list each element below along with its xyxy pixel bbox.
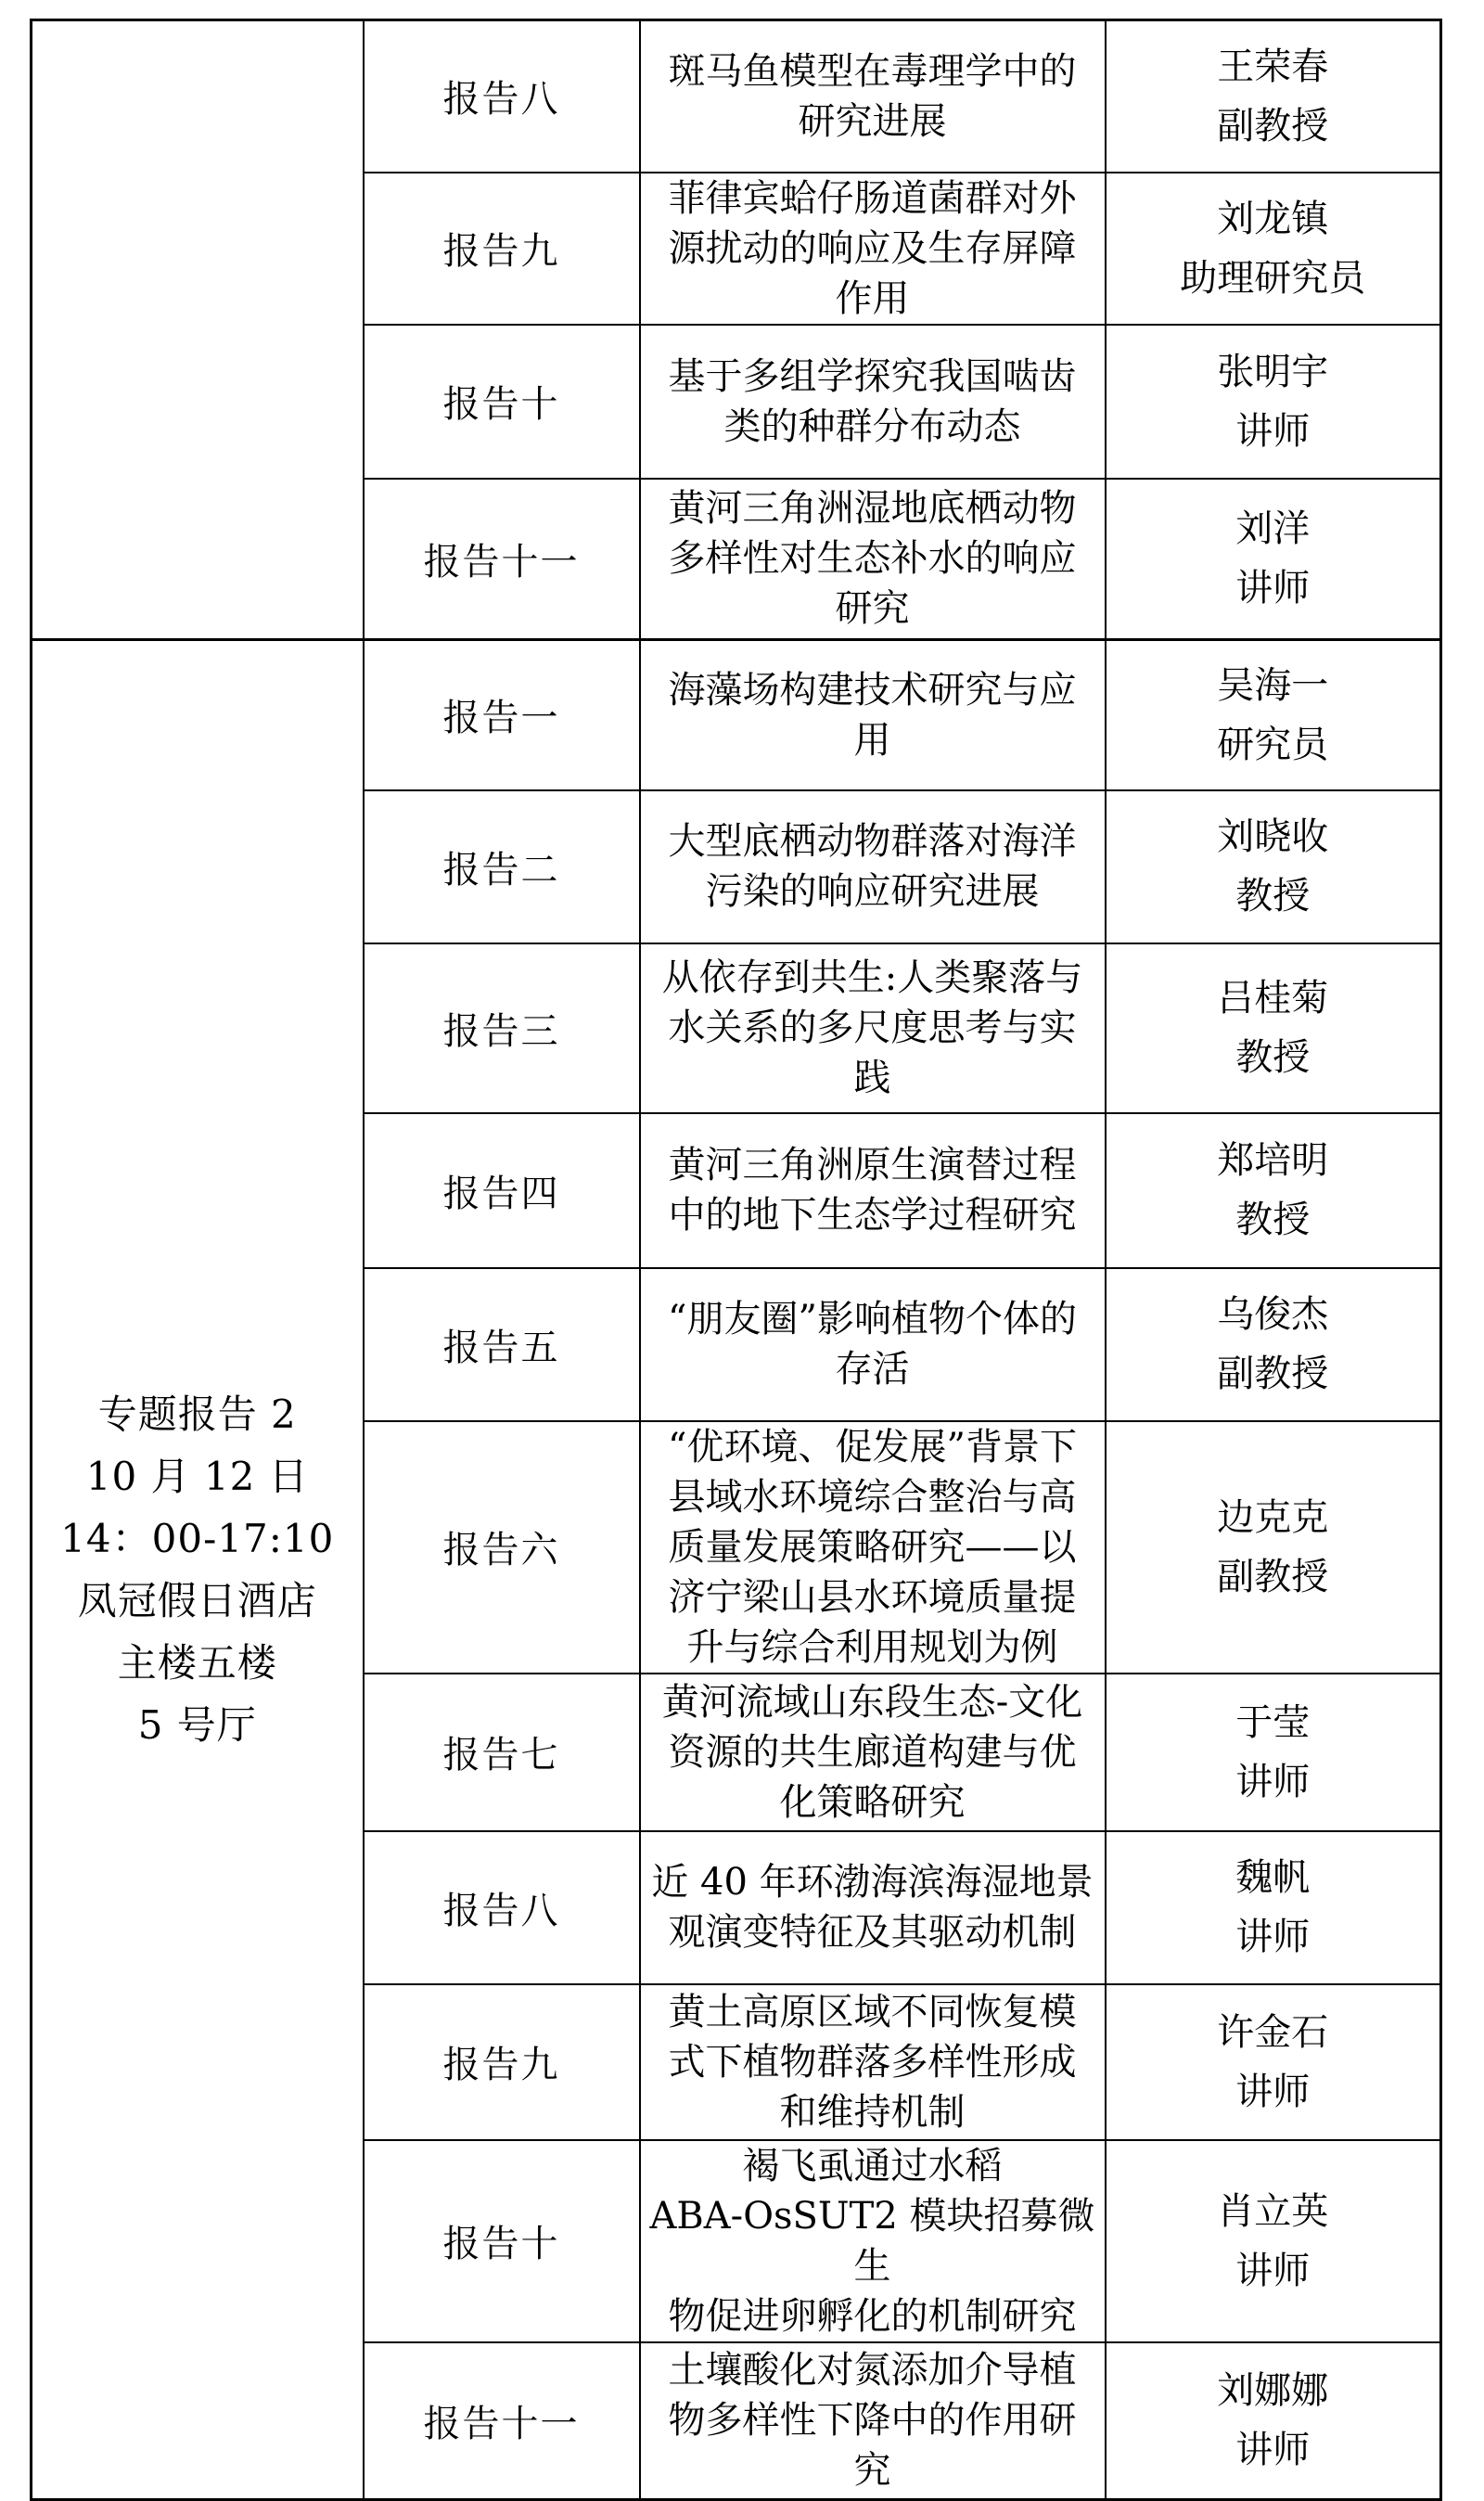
- report-title-cell: 斑马鱼模型在毒理学中的 研究进展: [640, 20, 1106, 173]
- report-title-cell: 基于多组学探究我国啮齿 类的种群分布动态: [640, 325, 1106, 479]
- report-title-cell: 大型底栖动物群落对海洋 污染的响应研究进展: [640, 790, 1106, 943]
- report-no-cell: 报告四: [364, 1113, 640, 1268]
- report-no-cell: 报告三: [364, 943, 640, 1113]
- report-title-cell: 褐飞虱通过水稻 ABA-OsSUT2 模块招募微生 物促进卵孵化的机制研究: [640, 2140, 1106, 2342]
- report-speaker-cell: 吴海一 研究员: [1106, 640, 1441, 790]
- report-no-cell: 报告七: [364, 1674, 640, 1831]
- schedule-table: 报告八 斑马鱼模型在毒理学中的 研究进展 王荣春 副教授 报告九 菲律宾蛤仔肠道…: [30, 19, 1442, 2501]
- report-title-cell: 近 40 年环渤海滨海湿地景 观演变特征及其驱动机制: [640, 1831, 1106, 1984]
- report-title-cell: 土壤酸化对氮添加介导植 物多样性下降中的作用研 究: [640, 2342, 1106, 2500]
- report-no-cell: 报告五: [364, 1268, 640, 1421]
- report-speaker-cell: 边克克 副教授: [1106, 1421, 1441, 1674]
- report-no-cell: 报告九: [364, 1984, 640, 2140]
- report-no-cell: 报告九: [364, 173, 640, 325]
- report-title-cell: 黄河流域山东段生态-文化 资源的共生廊道构建与优 化策略研究: [640, 1674, 1106, 1831]
- table-row: 专题报告 2 10 月 12 日 14：00-17:10 凤冠假日酒店 主楼五楼…: [32, 640, 1441, 790]
- report-no-cell: 报告十一: [364, 479, 640, 640]
- report-title-cell: 黄土高原区域不同恢复模 式下植物群落多样性形成 和维持机制: [640, 1984, 1106, 2140]
- report-speaker-cell: 魏帆 讲师: [1106, 1831, 1441, 1984]
- report-no-cell: 报告八: [364, 1831, 640, 1984]
- report-speaker-cell: 张明宇 讲师: [1106, 325, 1441, 479]
- report-title-cell: 黄河三角洲原生演替过程 中的地下生态学过程研究: [640, 1113, 1106, 1268]
- report-no-cell: 报告一: [364, 640, 640, 790]
- session-info-cell: [32, 20, 364, 640]
- table-row: 报告八 斑马鱼模型在毒理学中的 研究进展 王荣春 副教授: [32, 20, 1441, 173]
- report-no-cell: 报告二: [364, 790, 640, 943]
- report-title-cell: 菲律宾蛤仔肠道菌群对外 源扰动的响应及生存屏障 作用: [640, 173, 1106, 325]
- report-title-cell: “朋友圈”影响植物个体的 存活: [640, 1268, 1106, 1421]
- report-speaker-cell: 吕桂菊 教授: [1106, 943, 1441, 1113]
- report-speaker-cell: 肖立英 讲师: [1106, 2140, 1441, 2342]
- report-speaker-cell: 于莹 讲师: [1106, 1674, 1441, 1831]
- report-title-cell: 从依存到共生:人类聚落与 水关系的多尺度思考与实 践: [640, 943, 1106, 1113]
- report-no-cell: 报告十一: [364, 2342, 640, 2500]
- report-no-cell: 报告六: [364, 1421, 640, 1674]
- report-speaker-cell: 乌俊杰 副教授: [1106, 1268, 1441, 1421]
- report-speaker-cell: 刘娜娜 讲师: [1106, 2342, 1441, 2500]
- report-speaker-cell: 王荣春 副教授: [1106, 20, 1441, 173]
- report-speaker-cell: 许金石 讲师: [1106, 1984, 1441, 2140]
- report-speaker-cell: 郑培明 教授: [1106, 1113, 1441, 1268]
- session-info-cell: 专题报告 2 10 月 12 日 14：00-17:10 凤冠假日酒店 主楼五楼…: [32, 640, 364, 2500]
- report-speaker-cell: 刘洋 讲师: [1106, 479, 1441, 640]
- page: { "page": { "background": "#ffffff", "te…: [0, 0, 1484, 2477]
- report-no-cell: 报告八: [364, 20, 640, 173]
- report-speaker-cell: 刘晓收 教授: [1106, 790, 1441, 943]
- report-title-cell: 黄河三角洲湿地底栖动物 多样性对生态补水的响应 研究: [640, 479, 1106, 640]
- report-no-cell: 报告十: [364, 2140, 640, 2342]
- report-speaker-cell: 刘龙镇 助理研究员: [1106, 173, 1441, 325]
- report-title-cell: 海藻场构建技术研究与应 用: [640, 640, 1106, 790]
- report-no-cell: 报告十: [364, 325, 640, 479]
- report-title-cell: “优环境、促发展”背景下 县域水环境综合整治与高 质量发展策略研究——以 济宁梁…: [640, 1421, 1106, 1674]
